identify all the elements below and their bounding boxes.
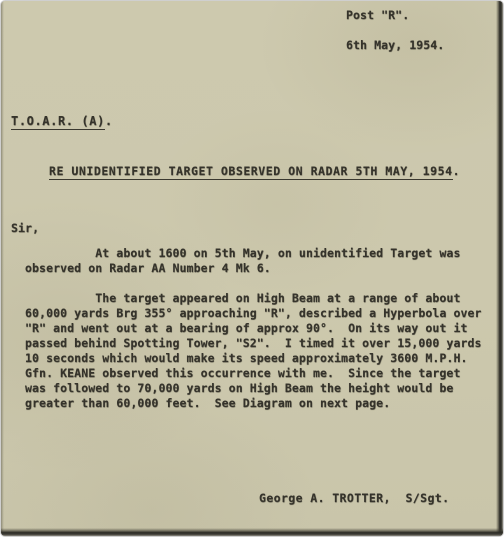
signature-line: George A. TROTTER, S/Sgt. (259, 491, 449, 506)
addressee-line: T.O.A.R. (A). (11, 114, 113, 129)
scan-edge-left (1, 1, 4, 536)
subject-period: . (453, 164, 460, 178)
addressee-underlined-text: T.O.A.R. (A) (11, 114, 105, 130)
scan-edge-bottom (1, 528, 503, 536)
post-line: Post "R". (346, 8, 409, 23)
document-scan: Post "R". 6th May, 1954. T.O.A.R. (A). R… (0, 0, 504, 537)
salutation: Sir, (11, 221, 39, 236)
addressee-period: . (105, 114, 113, 128)
subject-line: RE UNIDENTIFIED TARGET OBSERVED ON RADAR… (49, 164, 460, 179)
paragraph-1: At about 1600 on 5th May, on unidentifie… (25, 246, 460, 276)
paragraph-2: The target appeared on High Beam at a ra… (25, 291, 482, 411)
subject-underlined-text: RE UNIDENTIFIED TARGET OBSERVED ON RADAR… (49, 164, 453, 180)
scan-edge-right (496, 1, 503, 536)
date-line: 6th May, 1954. (346, 38, 444, 53)
